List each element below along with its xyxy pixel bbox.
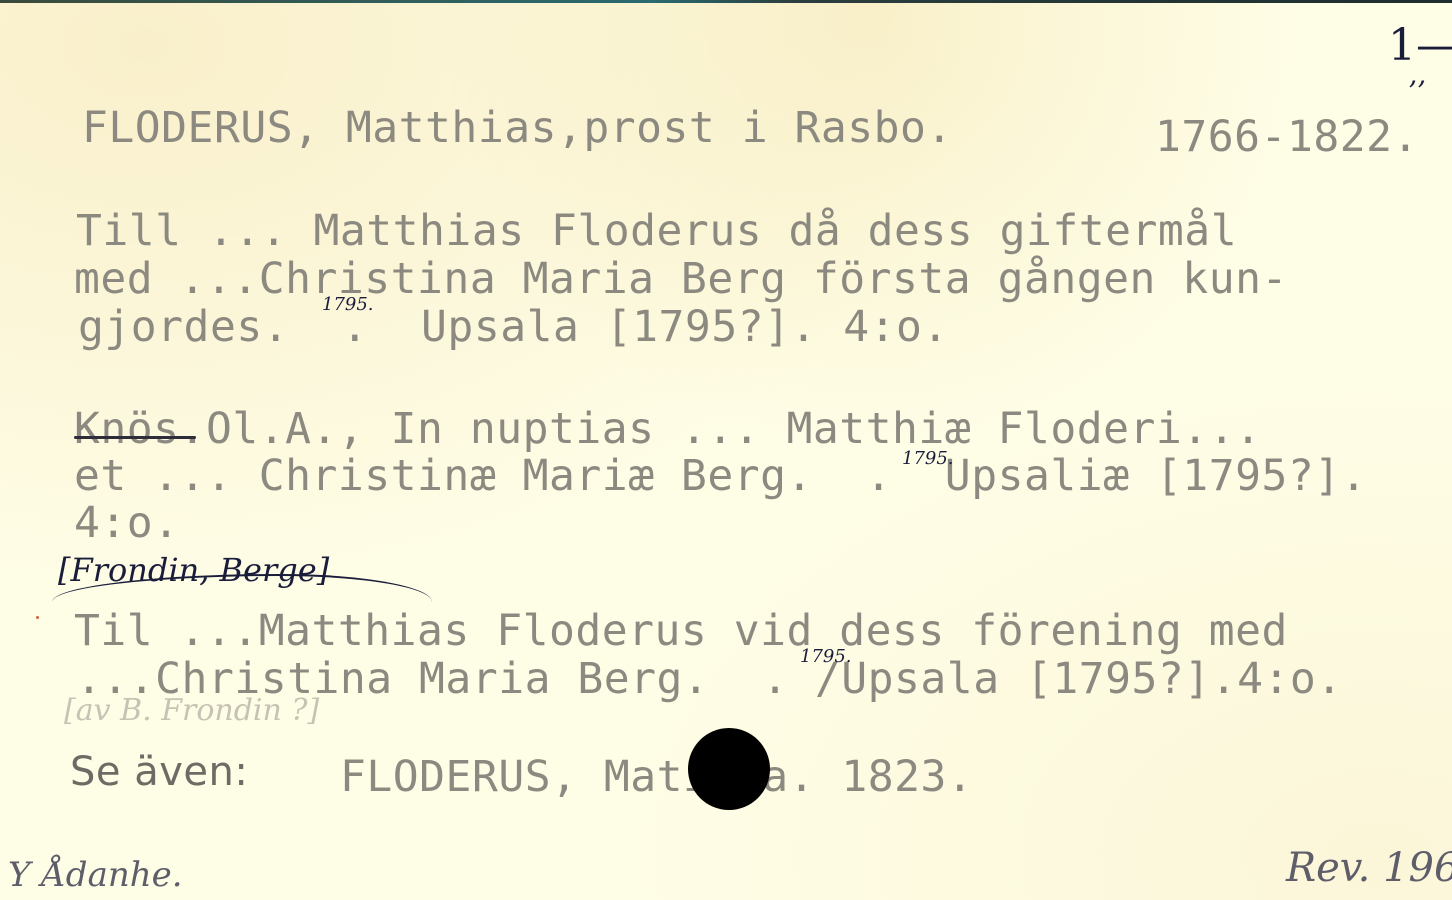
entry-3-pencil-note: [av B. Frondin ?] bbox=[64, 696, 319, 726]
dates-annotation: ’’ bbox=[1408, 78, 1426, 106]
entry-2-line-3: 4:o. bbox=[74, 502, 180, 545]
see-also-reference: FLODERUS, Matilda. 1823. bbox=[340, 756, 973, 799]
entry-3-handwritten-year: 1795. bbox=[800, 648, 852, 666]
punch-hole bbox=[688, 728, 770, 810]
bottom-left-note: Y Ådanhe. bbox=[8, 858, 183, 892]
entry-2-line-2: et ... Christinæ Mariæ Berg. . Upsaliæ [… bbox=[74, 455, 1367, 498]
heading-author: FLODERUS, Matthias,prost i Rasbo. bbox=[82, 107, 953, 150]
entry-1-line-3: gjordes. . Upsala [1795?]. 4:o. bbox=[78, 306, 949, 349]
entry-1-line-1: Till ... Matthias Floderus då dess gifte… bbox=[76, 210, 1237, 253]
entry-2-line-1: Knös.Ol.A., In nuptias ... Matthiæ Flode… bbox=[74, 408, 1261, 451]
entry-2-handwritten-year: 1795. bbox=[902, 450, 954, 468]
catalog-card: 1— FLODERUS, Matthias,prost i Rasbo. 176… bbox=[0, 0, 1452, 900]
corner-mark: 1— bbox=[1388, 24, 1452, 68]
card-top-edge bbox=[0, 0, 1452, 3]
heading-dates: 1766-1822. bbox=[1155, 116, 1419, 159]
revision-note: Rev. 1969 bbox=[1286, 848, 1452, 888]
red-mark bbox=[36, 616, 39, 619]
see-also-label: Se även: bbox=[70, 752, 248, 792]
author-underline bbox=[74, 436, 196, 439]
entry-1-line-2: med ...Christina Maria Berg första gånge… bbox=[74, 258, 1288, 301]
entry-3-line-1: Til ...Matthias Floderus vid dess föreni… bbox=[74, 610, 1288, 653]
entry-1-handwritten-year: 1795. bbox=[322, 296, 374, 314]
